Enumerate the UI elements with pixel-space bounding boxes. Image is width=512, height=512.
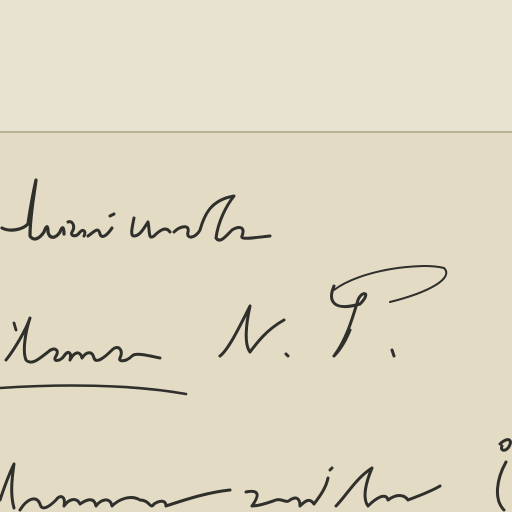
line3-text: ...lanaer zwischen ...: [0, 0, 10, 1]
handwriting: [0, 0, 512, 512]
handwriting-line-1: [2, 180, 270, 240]
handwriting-line-2: [0, 266, 446, 394]
handwriting-line-3: [0, 440, 510, 510]
